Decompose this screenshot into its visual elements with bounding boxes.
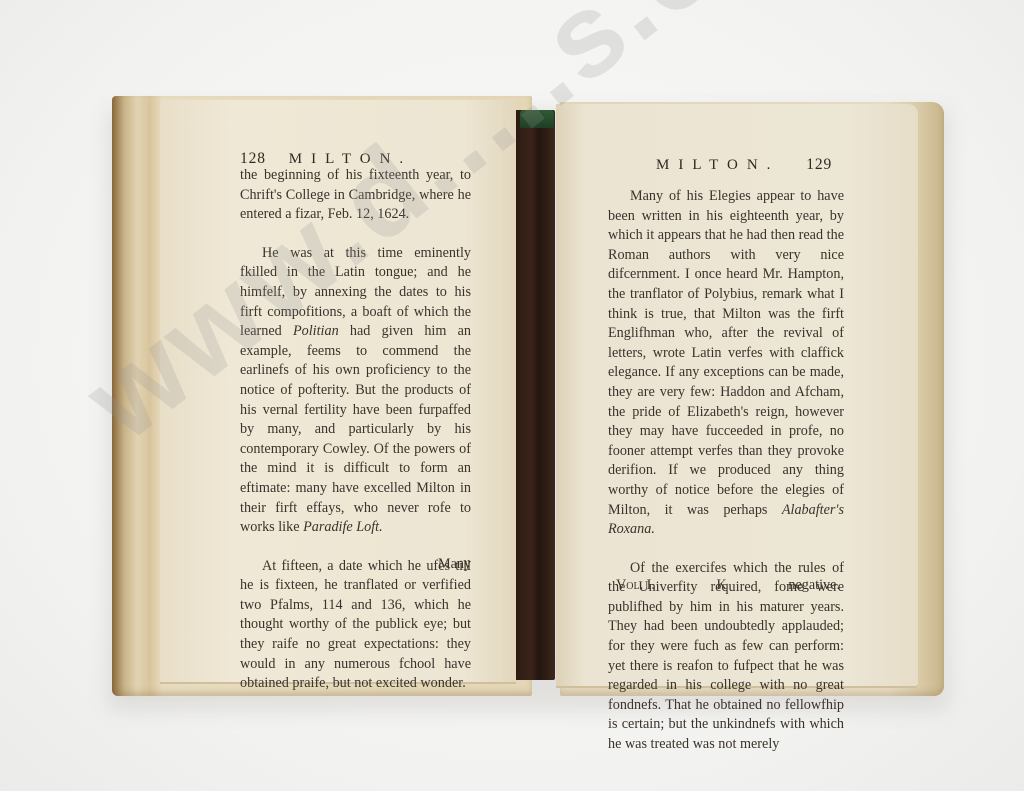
left_page-paragraph: the beginning of his fixteenth year, to … [240, 166, 471, 225]
right-page: MILTON. 129 Many of his Elegies appear t… [556, 104, 918, 688]
paragraph-text: had given him an example, feems to comme… [240, 323, 471, 535]
right-page-number: 129 [806, 156, 832, 173]
signature-mark: K [717, 577, 727, 594]
right-page-footer: Vol. I. K negative. [616, 577, 840, 594]
photo-stage: 128 MILTON. the beginning of his fixteen… [0, 0, 1024, 791]
left_page-paragraph: He was at this time eminently fkilled in… [240, 244, 471, 538]
italic-title: Paradife Loft. [303, 519, 383, 535]
left_page-paragraph: At fifteen, a date which he ufes till he… [240, 557, 471, 694]
paragraph-text: Many of his Elegies appear to have been … [608, 188, 844, 518]
volume-mark: Vol. I. [616, 577, 655, 594]
right-running-title: MILTON. [656, 157, 779, 173]
paragraph-text: At fifteen, a date which he ufes till he… [240, 558, 471, 692]
book-spine [515, 110, 555, 680]
right-page-text: Many of his Elegies appear to have been … [608, 187, 844, 755]
left-catchword: Many [438, 556, 471, 573]
right_page-paragraph: Many of his Elegies appear to have been … [608, 187, 844, 540]
right-running-head: MILTON. 129 [656, 156, 832, 174]
left-page: 128 MILTON. the beginning of his fixteen… [160, 100, 516, 684]
italic-title: Politian [293, 323, 339, 339]
left-page-text: the beginning of his fixteenth year, to … [240, 166, 471, 694]
spine-cloth-headband [520, 110, 554, 128]
paragraph-text: the beginning of his fixteenth year, to … [240, 167, 471, 222]
right-catchword: negative. [788, 577, 840, 594]
left-page-number: 128 [240, 150, 266, 167]
left-running-title: MILTON. [289, 151, 412, 167]
